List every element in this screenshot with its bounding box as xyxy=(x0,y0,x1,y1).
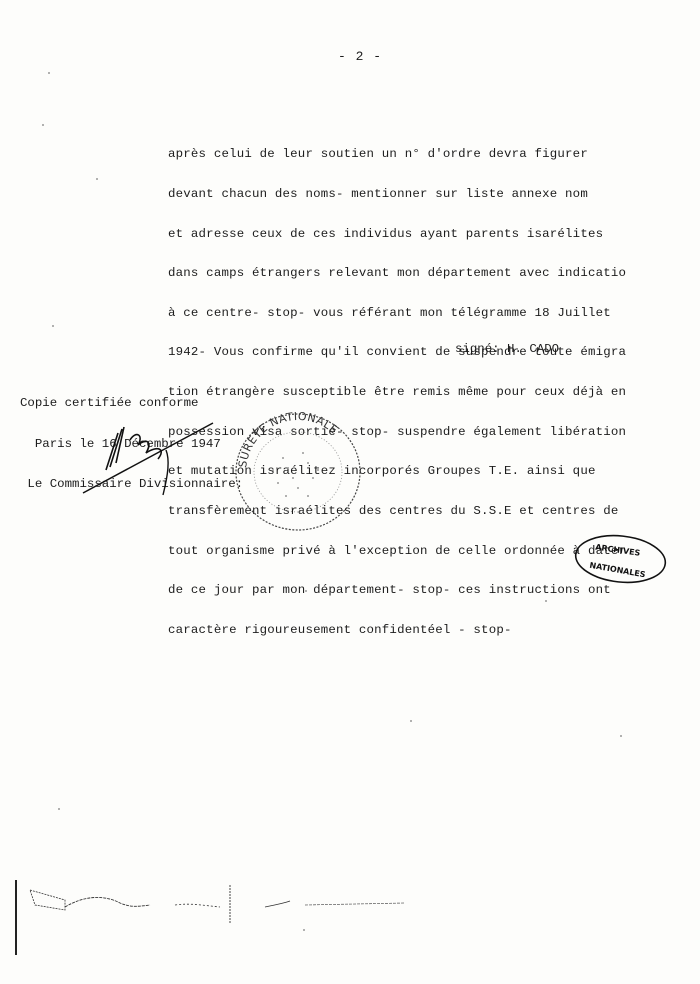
body-line: et adresse ceux de ces individus ayant p… xyxy=(168,228,700,241)
bleed-through-mark xyxy=(25,875,700,935)
archives-nationales-stamp: ARCHIVES NATIONALES xyxy=(573,533,668,585)
body-line: caractère rigoureusement confidentéel - … xyxy=(168,624,700,637)
signed-line: signé: H. CADO xyxy=(455,342,559,356)
certification-line: Copie certifiée conforme xyxy=(20,397,243,411)
body-line: 1942- Vous confirme qu'il convient de su… xyxy=(168,346,700,359)
handwritten-signature xyxy=(78,415,218,500)
surete-nationale-stamp: SURETE NATIONALE xyxy=(228,408,368,533)
svg-text:SURETE NATIONALE: SURETE NATIONALE xyxy=(236,410,340,469)
body-line: dans camps étrangers relevant mon départ… xyxy=(168,267,700,280)
page-number: - 2 - xyxy=(338,49,382,64)
body-line: devant chacun des noms- mentionner sur l… xyxy=(168,188,700,201)
margin-line xyxy=(15,880,17,955)
svg-text:ARCHIVES: ARCHIVES xyxy=(595,543,641,558)
body-line: tion étrangère susceptible être remis mê… xyxy=(168,386,700,399)
body-line: après celui de leur soutien un n° d'ordr… xyxy=(168,148,700,161)
body-line: à ce centre- stop- vous référant mon tél… xyxy=(168,307,700,320)
body-line: de ce jour par mon département- stop- ce… xyxy=(168,584,700,597)
